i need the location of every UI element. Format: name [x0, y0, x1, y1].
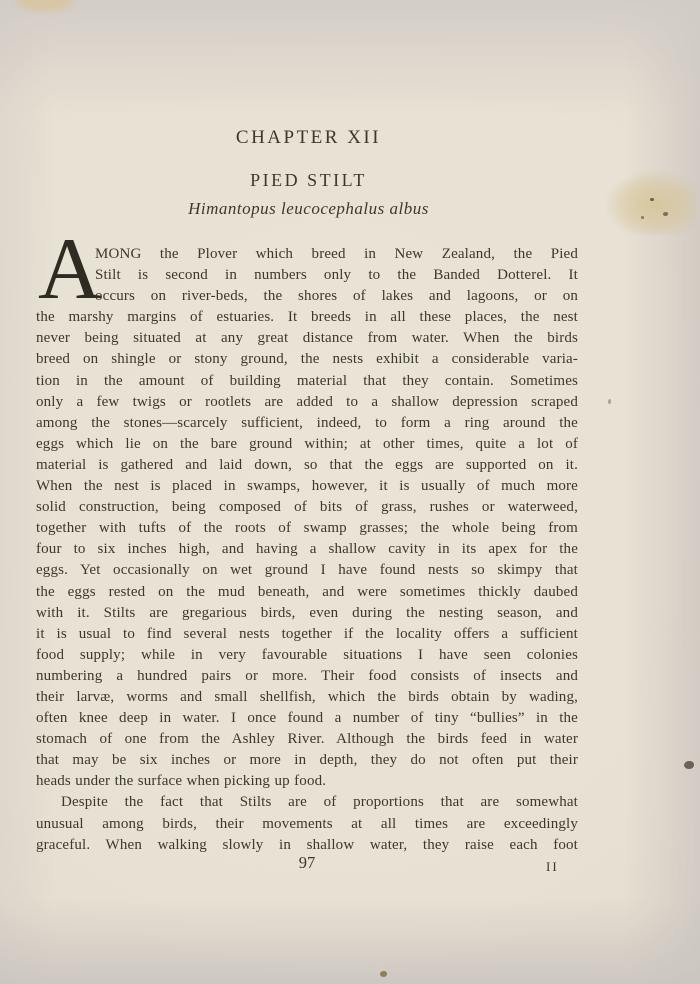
- signature-mark: II: [546, 859, 559, 875]
- ink-speck: [663, 212, 668, 216]
- text-line: heads under the surface when picking up …: [36, 771, 578, 792]
- text-line: only a few twigs or rootlets are added t…: [36, 392, 578, 413]
- text-line: their larvæ, worms and small shellfish, …: [36, 687, 578, 708]
- text-line: four to six inches high, and having a sh…: [36, 539, 578, 560]
- page-title: PIED STILT: [36, 168, 581, 192]
- body-text: MONG the Plover which breed in New Zeala…: [36, 244, 578, 856]
- text-line: Stilt is second in numbers only to the B…: [95, 265, 578, 286]
- text-line: food supply; while in very favourable si…: [36, 645, 578, 666]
- species-name: Himantopus leucocephalus albus: [36, 198, 581, 220]
- foxing-stain: [606, 170, 696, 234]
- text-line: that may be six inches or more in depth,…: [36, 750, 578, 771]
- text-line: together with tufts of the roots of swam…: [36, 518, 578, 539]
- text-line: the eggs rested on the mud beneath, and …: [36, 582, 578, 603]
- text-line: MONG the Plover which breed in New Zeala…: [95, 244, 578, 265]
- page-number: 97: [36, 853, 578, 873]
- ink-speck: [684, 761, 694, 769]
- text-line: numbering a hundred pairs or more. Their…: [36, 666, 578, 687]
- text-line: solid construction, being composed of bi…: [36, 497, 578, 518]
- ink-speck: [380, 971, 387, 977]
- ink-speck: [641, 216, 644, 219]
- text-line: unusual among birds, their movements at …: [36, 814, 578, 835]
- paragraph-lines: Despite the fact that Stilts are of prop…: [36, 792, 578, 855]
- text-line: material is gathered and laid down, so t…: [36, 455, 578, 476]
- text-line: Despite the fact that Stilts are of prop…: [36, 792, 578, 813]
- text-line: tion in the amount of building material …: [36, 371, 578, 392]
- text-line: When the nest is placed in swamps, howev…: [36, 476, 578, 497]
- text-line: it is usual to find several nests togeth…: [36, 624, 578, 645]
- text-line: among the stones—scarcely sufficient, in…: [36, 413, 578, 434]
- text-line: eggs. Yet occasionally on wet ground I h…: [36, 560, 578, 581]
- ink-speck: [608, 399, 611, 404]
- text-line: eggs which lie on the bare ground within…: [36, 434, 578, 455]
- text-line: breed on shingle or stony ground, the ne…: [36, 349, 578, 370]
- chapter-heading: CHAPTER XII: [36, 126, 581, 150]
- ink-speck: [650, 198, 654, 201]
- text-line: stomach of one from the Ashley River. Al…: [36, 729, 578, 750]
- text-line: with it. Stilts are gregarious birds, ev…: [36, 603, 578, 624]
- text-line: often knee deep in water. I once found a…: [36, 708, 578, 729]
- paragraph-lines: the marshy margins of estuaries. It bree…: [36, 307, 578, 771]
- paper-stain-top-left: [16, 0, 74, 11]
- book-page: CHAPTER XII PIED STILT Himantopus leucoc…: [0, 0, 700, 984]
- text-line: occurs on river-beds, the shores of lake…: [95, 286, 578, 307]
- text-line: never being situated at any great distan…: [36, 328, 578, 349]
- dropcap-paragraph-lines: MONG the Plover which breed in New Zeala…: [95, 244, 578, 307]
- text-line: the marshy margins of estuaries. It bree…: [36, 307, 578, 328]
